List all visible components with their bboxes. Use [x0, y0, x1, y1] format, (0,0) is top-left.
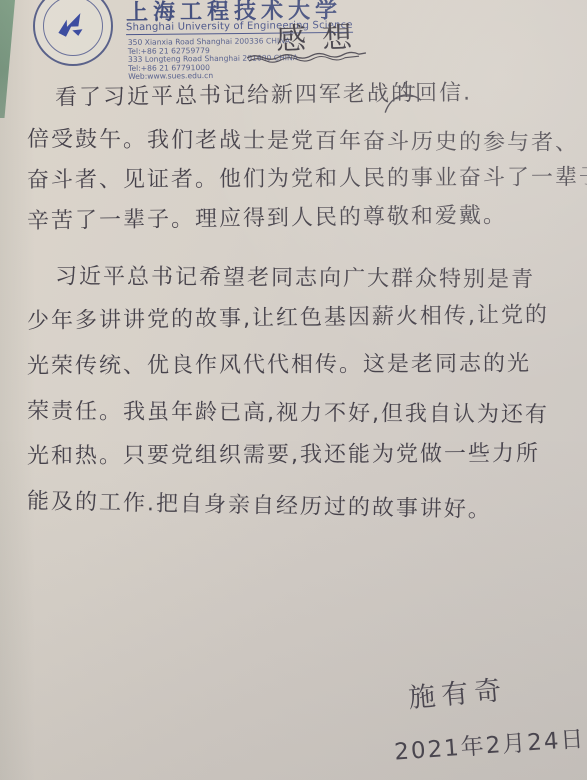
inserted-character: 士: [397, 70, 417, 111]
body-line-8: 荣责任。我虽年龄已高,视力不好,但我自认为还有: [27, 389, 579, 438]
body-line-9: 光和热。只要党组织需要,我还能为党做一些力所: [27, 431, 579, 479]
body-line-7: 光荣传统、优良作风代代相传。这是老同志的光: [27, 341, 579, 389]
line1-pre: 看了习近平总书记给新四军老战: [55, 82, 391, 111]
letter-photo: 上海工程技术大学 Shanghai University of Engineer…: [0, 0, 587, 780]
paragraph-2: 习近平总书记希望老同志向广大群众特别是青 少年多讲讲党的故事,让红色基因薪火相传…: [27, 254, 579, 524]
university-seal-icon: [33, 0, 113, 66]
body-line-4: 辛苦了一辈子。理应得到人民的尊敬和爱戴。: [27, 194, 579, 242]
date: 2021年2月24日: [393, 720, 586, 766]
signature: 施有奇: [406, 668, 508, 715]
seal-inner-ring: [43, 0, 103, 56]
body-line-10: 能及的工作.把自身亲自经历过的故事讲好。: [27, 479, 580, 535]
body-line-1: 看了习近平总书记给新四军老战士的回信.: [27, 71, 579, 119]
body-line-6: 少年多讲讲党的故事,让红色基因薪火相传,让党的: [27, 292, 580, 344]
seal-emblem-icon: [51, 6, 95, 46]
paragraph-1: 看了习近平总书记给新四军老战士的回信. 倍受鼓午。我们老战士是党百年奋斗历史的参…: [27, 78, 579, 242]
